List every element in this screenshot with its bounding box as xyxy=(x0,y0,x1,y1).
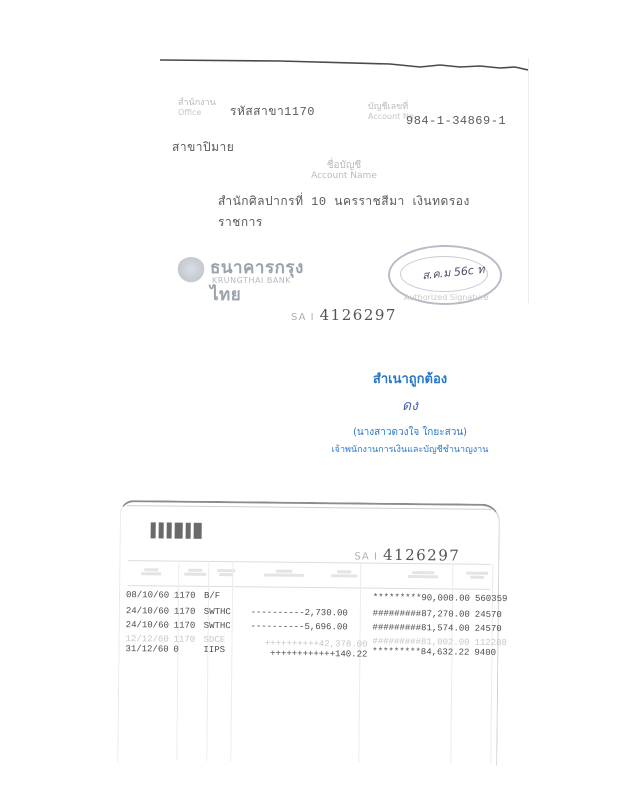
sa-number-line: SA I 4126297 xyxy=(160,305,528,324)
table-header xyxy=(128,560,490,590)
cell-debit: ----------2,730.00 xyxy=(232,607,348,618)
cell-branch: 1170 xyxy=(174,621,200,631)
cell-debit xyxy=(232,591,348,592)
certifier-signature: ดง xyxy=(320,395,500,417)
account-name-label-th: ชื่อบัญชี xyxy=(160,161,528,171)
transaction-table xyxy=(128,560,490,590)
table-row: 31/12/600IIPS++++++++++++140.22*********… xyxy=(119,644,497,662)
cell-balance: *********90,000.00 xyxy=(360,593,470,604)
cell-code: B/F xyxy=(204,591,240,601)
cell-code: SDCE xyxy=(203,635,239,645)
account-no-label-th: บัญชีเลขที่ xyxy=(368,102,416,112)
certifier-position: เจ้าพนักงานการเงินและบัญชีชำนาญงาน xyxy=(320,442,500,456)
cell-date: 31/12/60 xyxy=(125,644,169,654)
account-name-line-1: สำนักศิลปากรที่ 10 นครราชสีมา เงินทดรอง xyxy=(218,192,470,211)
office-label: สำนักงาน Office xyxy=(178,98,216,118)
passbook-cover: สำนักงาน Office รหัสสาขา1170 บัญชีเลขที่… xyxy=(160,58,529,303)
account-name-line-2: ราชการ xyxy=(218,213,263,232)
cell-date: 08/10/60 xyxy=(126,590,170,600)
sa-prefix: SA I xyxy=(291,312,315,323)
bank-name-en: KRUNGTHAI BANK xyxy=(212,276,291,285)
sa-number: 4126297 xyxy=(320,306,397,324)
cell-branch: 1170 xyxy=(174,607,200,617)
office-value: รหัสสาขา1170 xyxy=(230,102,315,121)
barcode-icon xyxy=(151,522,202,539)
cell-debit xyxy=(232,635,348,636)
office-label-th: สำนักงาน xyxy=(178,98,216,108)
cell-date: 24/10/60 xyxy=(126,606,170,616)
passbook-statement-page: SA I 4126297 08/10/601170B/F*********90,… xyxy=(117,500,500,766)
certified-copy-block: สำเนาถูกต้อง ดง (นางสาวดวงใจ ใกยะสวน) เจ… xyxy=(320,368,500,456)
garuda-bird-icon xyxy=(176,257,206,287)
cell-teller: 24570 xyxy=(475,610,505,620)
cell-balance: *********84,632.22 xyxy=(359,647,469,658)
cell-branch: 1170 xyxy=(174,591,200,601)
certifier-name: (นางสาวดวงใจ ใกยะสวน) xyxy=(320,425,500,440)
branch-name: สาขาปิมาย xyxy=(172,138,234,157)
account-no-value: 984-1-34869-1 xyxy=(406,114,506,128)
page-sa-number-line: SA I 4126297 xyxy=(354,544,460,564)
cell-balance: #########87,270.00 xyxy=(360,609,470,620)
cell-code: IIPS xyxy=(203,645,239,655)
cell-teller: 24570 xyxy=(475,624,505,634)
page-sa-number: 4126297 xyxy=(383,546,460,565)
table-row: 08/10/601170B/F*********90,000.00560359 xyxy=(120,590,498,608)
certified-copy-title: สำเนาถูกต้อง xyxy=(320,368,500,389)
cell-branch: 1170 xyxy=(173,635,199,645)
cell-teller: 560359 xyxy=(475,594,505,604)
authorized-signature-label: Authorized Signature xyxy=(404,293,489,302)
cell-balance: #########81,574.00 xyxy=(360,623,470,634)
transaction-rows: 08/10/601170B/F*********90,000.005603592… xyxy=(121,502,499,506)
account-name-label-en: Account Name xyxy=(160,171,528,181)
cell-date: 12/12/60 xyxy=(125,634,169,644)
header-debit xyxy=(254,568,314,581)
cell-date: 24/10/60 xyxy=(126,620,170,630)
cell-debit: ----------5,696.00 xyxy=(232,621,348,632)
header-balance xyxy=(398,570,448,583)
cell-credit: ++++++++++++140.22 xyxy=(239,648,367,659)
account-name-label: ชื่อบัญชี Account Name xyxy=(160,161,528,181)
header-teller xyxy=(464,571,490,583)
cell-credit xyxy=(240,594,368,595)
header-branch xyxy=(182,568,208,580)
page-sa-prefix: SA I xyxy=(354,551,378,562)
bank-logo: ธนาคารกรุงไทย KRUNGTHAI BANK xyxy=(172,254,322,290)
cell-debit xyxy=(231,645,347,646)
office-label-en: Office xyxy=(178,108,216,118)
cell-branch: 0 xyxy=(173,645,199,655)
torn-edge xyxy=(160,58,528,72)
header-code xyxy=(212,568,240,580)
cell-teller: 9400 xyxy=(474,648,504,658)
cell-teller: 112288 xyxy=(474,638,504,648)
header-date xyxy=(136,567,166,579)
header-credit xyxy=(324,569,364,581)
